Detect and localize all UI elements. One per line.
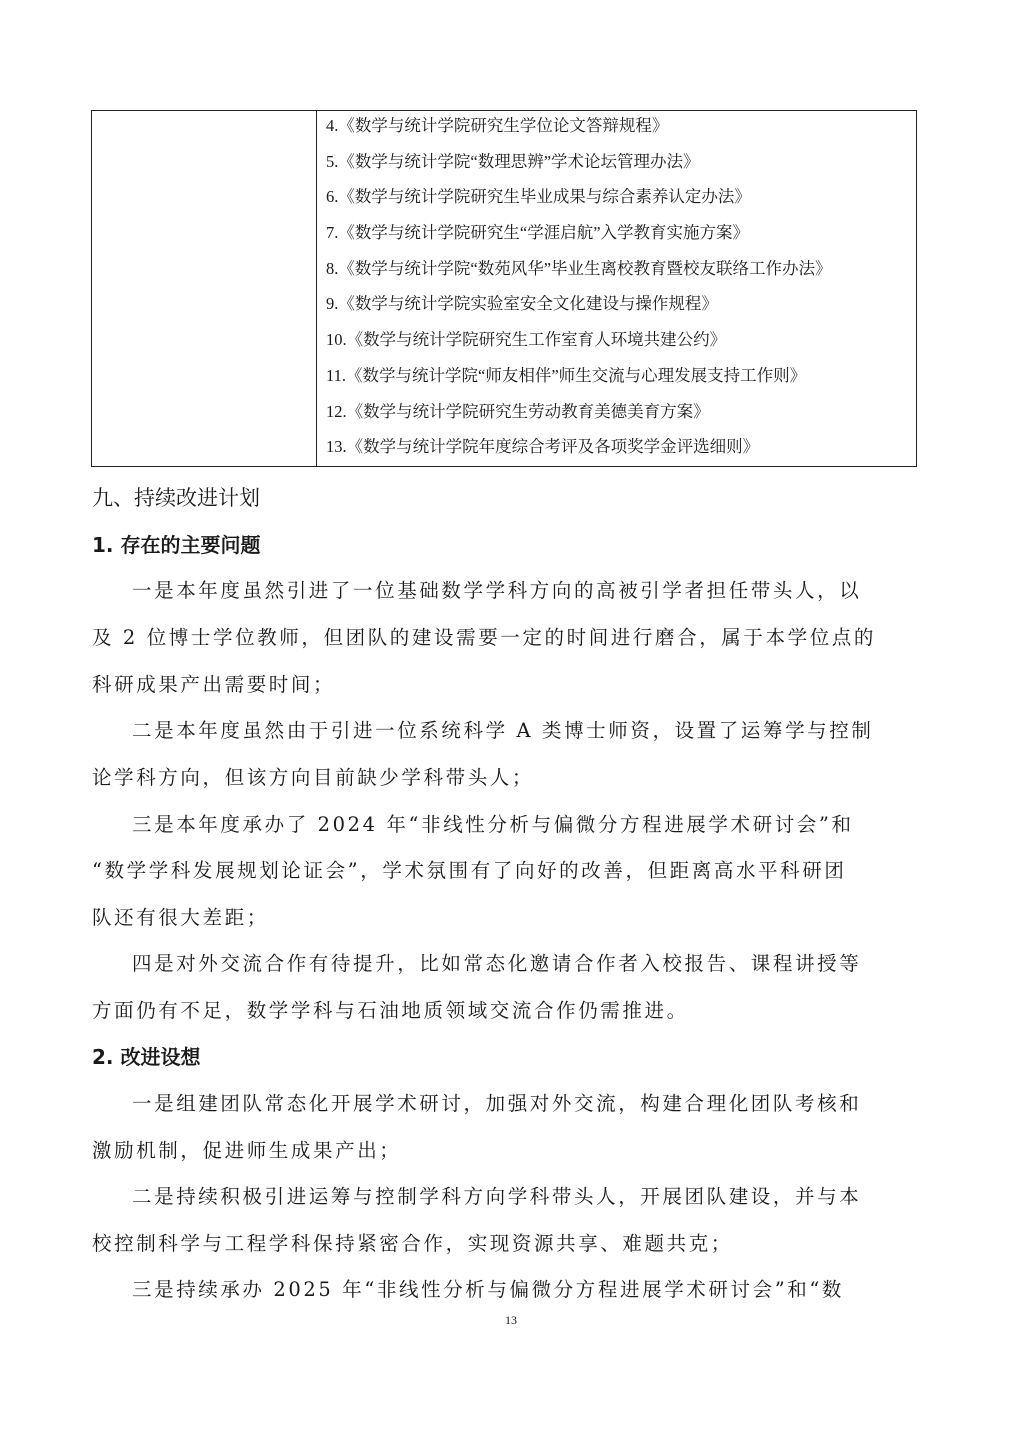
section-heading: 九、持续改进计划 xyxy=(92,482,260,514)
regulation-item: 11.《数学与统计学院“师友相伴”师生交流与心理发展支持工作则》 xyxy=(326,363,916,399)
page-number: 13 xyxy=(0,1312,1022,1328)
paragraph-line: 三是持续承办 2025 年“非线性分析与偏微分方程进展学术研讨会”和“数 xyxy=(132,1274,918,1306)
paragraph-line: 二是持续积极引进运筹与控制学科方向学科带头人，开展团队建设，并与本 xyxy=(132,1181,918,1213)
regulation-item: 7.《数学与统计学院研究生“学涯启航”入学教育实施方案》 xyxy=(326,220,916,256)
paragraph-line: 一是组建团队常态化开展学术研讨，加强对外交流，构建合理化团队考核和 xyxy=(132,1088,918,1120)
regulation-item: 8.《数学与统计学院“数苑风华”毕业生离校教育暨校友联络工作办法》 xyxy=(326,256,916,292)
subsection-heading-problems: 1. 存在的主要问题 xyxy=(92,529,260,561)
regulation-item: 12.《数学与统计学院研究生劳动教育美德美育方案》 xyxy=(326,399,916,435)
subsection-heading-improvements: 2. 改进设想 xyxy=(92,1041,200,1073)
regulation-item: 5.《数学与统计学院“数理思辨”学术论坛管理办法》 xyxy=(326,149,916,185)
document-page: 4.《数学与统计学院研究生学位论文答辩规程》 5.《数学与统计学院“数理思辨”学… xyxy=(0,0,1022,1433)
regulation-item: 6.《数学与统计学院研究生毕业成果与综合素养认定办法》 xyxy=(326,184,916,220)
regulations-table: 4.《数学与统计学院研究生学位论文答辩规程》 5.《数学与统计学院“数理思辨”学… xyxy=(91,110,917,467)
table-left-cell xyxy=(92,111,317,466)
regulation-item: 13.《数学与统计学院年度综合考评及各项奖学金评选细则》 xyxy=(326,434,916,470)
paragraph-line: 二是本年度虽然由于引进一位系统科学 A 类博士师资，设置了运筹学与控制 xyxy=(132,715,918,747)
paragraph-line: 一是本年度虽然引进了一位基础数学学科方向的高被引学者担任带头人，以 xyxy=(132,575,918,607)
paragraph-line: 方面仍有不足，数学学科与石油地质领域交流合作仍需推进。 xyxy=(92,995,918,1027)
paragraph-line: 激励机制，促进师生成果产出； xyxy=(92,1135,918,1167)
regulation-item: 4.《数学与统计学院研究生学位论文答辩规程》 xyxy=(326,113,916,149)
paragraph-line: 科研成果产出需要时间； xyxy=(92,669,918,701)
paragraph-line: 论学科方向，但该方向目前缺少学科带头人； xyxy=(92,762,918,794)
paragraph-line: “数学学科发展规划论证会”，学术氛围有了向好的改善，但距离高水平科研团 xyxy=(92,855,918,887)
paragraph-line: 四是对外交流合作有待提升，比如常态化邀请合作者入校报告、课程讲授等 xyxy=(132,948,918,980)
regulation-item: 10.《数学与统计学院研究生工作室育人环境共建公约》 xyxy=(326,327,916,363)
paragraph-line: 三是本年度承办了 2024 年“非线性分析与偏微分方程进展学术研讨会”和 xyxy=(132,809,918,841)
table-right-cell: 4.《数学与统计学院研究生学位论文答辩规程》 5.《数学与统计学院“数理思辨”学… xyxy=(317,111,916,466)
paragraph-line: 及 2 位博士学位教师，但团队的建设需要一定的时间进行磨合，属于本学位点的 xyxy=(92,622,918,654)
regulation-item: 9.《数学与统计学院实验室安全文化建设与操作规程》 xyxy=(326,291,916,327)
paragraph-line: 队还有很大差距； xyxy=(92,902,918,934)
paragraph-line: 校控制科学与工程学科保持紧密合作，实现资源共享、难题共克； xyxy=(92,1228,918,1260)
